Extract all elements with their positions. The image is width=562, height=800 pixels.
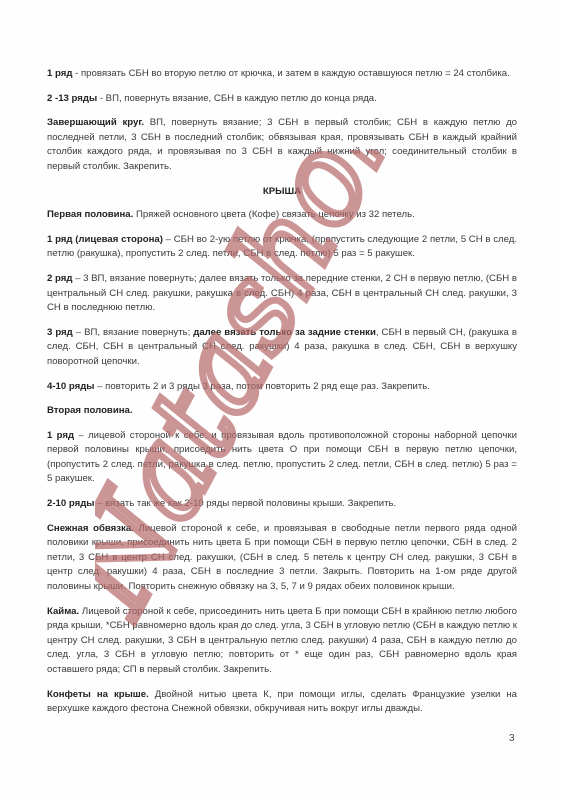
document-page: 1 ряд - провязать СБН во вторую петлю от… [0,0,562,800]
paragraph-second-rows-2-10: 2-10 ряды – вязать так же как 2-10 ряды … [47,497,517,512]
paragraph-text: – ВП, вязание повернуть; [73,327,194,338]
paragraph-emphasis: далее вязать только за задние стенки [193,327,376,338]
paragraph-candies: Конфеты на крыше. Двойной нитью цвета К,… [47,688,517,717]
paragraph-second-row-1: 1 ряд – лицевой стороной к себе, и провя… [47,429,517,487]
paragraph-lead: 4-10 ряды [47,381,94,392]
paragraph-text: Лицевой стороной к себе, присоединить ни… [47,606,517,675]
document-body: 1 ряд - провязать СБН во вторую петлю от… [47,67,517,727]
section-heading: КРЫША [47,185,517,200]
paragraph-text: – лицевой стороной к себе, и провязывая … [47,430,517,485]
paragraph-roof-row-1: 1 ряд (лицевая сторона) – СБН во 2-ую пе… [47,233,517,262]
paragraph-lead: Кайма. [47,606,79,617]
paragraph-lead: Вторая половина. [47,405,133,416]
paragraph-snow-edging: Снежная обвязка. Лицевой стороной к себе… [47,522,517,595]
paragraph-border: Кайма. Лицевой стороной к себе, присоеди… [47,605,517,678]
paragraph-lead: 2-10 ряды [47,498,94,509]
page-number: 3 [509,733,515,744]
paragraph-roof-rows-4-10: 4-10 ряды – повторить 2 и 3 ряды 3 раза,… [47,380,517,395]
paragraph-rows-2-13: 2 -13 ряды - ВП, повернуть вязание, СБН … [47,92,517,107]
paragraph-lead: Конфеты на крыше. [47,689,149,700]
paragraph-lead: 1 ряд (лицевая сторона) [47,234,163,245]
paragraph-roof-row-2: 2 ряд – 3 ВП, вязание повернуть; далее в… [47,272,517,316]
paragraph-second-half: Вторая половина. [47,404,517,419]
paragraph-lead: 2 ряд [47,273,72,284]
paragraph-text: - ВП, повернуть вязание, СБН в каждую пе… [97,93,377,104]
paragraph-lead: 1 ряд [47,430,74,441]
paragraph-lead: Первая половина. [47,209,133,220]
paragraph-text: Пряжей основного цвета (Кофе) связать це… [133,209,414,220]
paragraph-row-1: 1 ряд - провязать СБН во вторую петлю от… [47,67,517,82]
paragraph-roof-row-3: 3 ряд – ВП, вязание повернуть; далее вяз… [47,326,517,370]
paragraph-text: – повторить 2 и 3 ряды 3 раза, потом пов… [94,381,429,392]
paragraph-lead: 3 ряд [47,327,73,338]
paragraph-text: – вязать так же как 2-10 ряды первой пол… [94,498,396,509]
paragraph-lead: Снежная обвязка. [47,523,134,534]
paragraph-lead: 2 -13 ряды [47,93,97,104]
paragraph-text: – 3 ВП, вязание повернуть; далее вязать … [47,273,517,313]
paragraph-lead: 1 ряд [47,68,72,79]
paragraph-text: - провязать СБН во вторую петлю от крючк… [72,68,509,79]
paragraph-final-round: Завершающий круг. ВП, повернуть вязание;… [47,116,517,174]
paragraph-lead: Завершающий круг. [47,117,144,128]
paragraph-first-half: Первая половина. Пряжей основного цвета … [47,208,517,223]
